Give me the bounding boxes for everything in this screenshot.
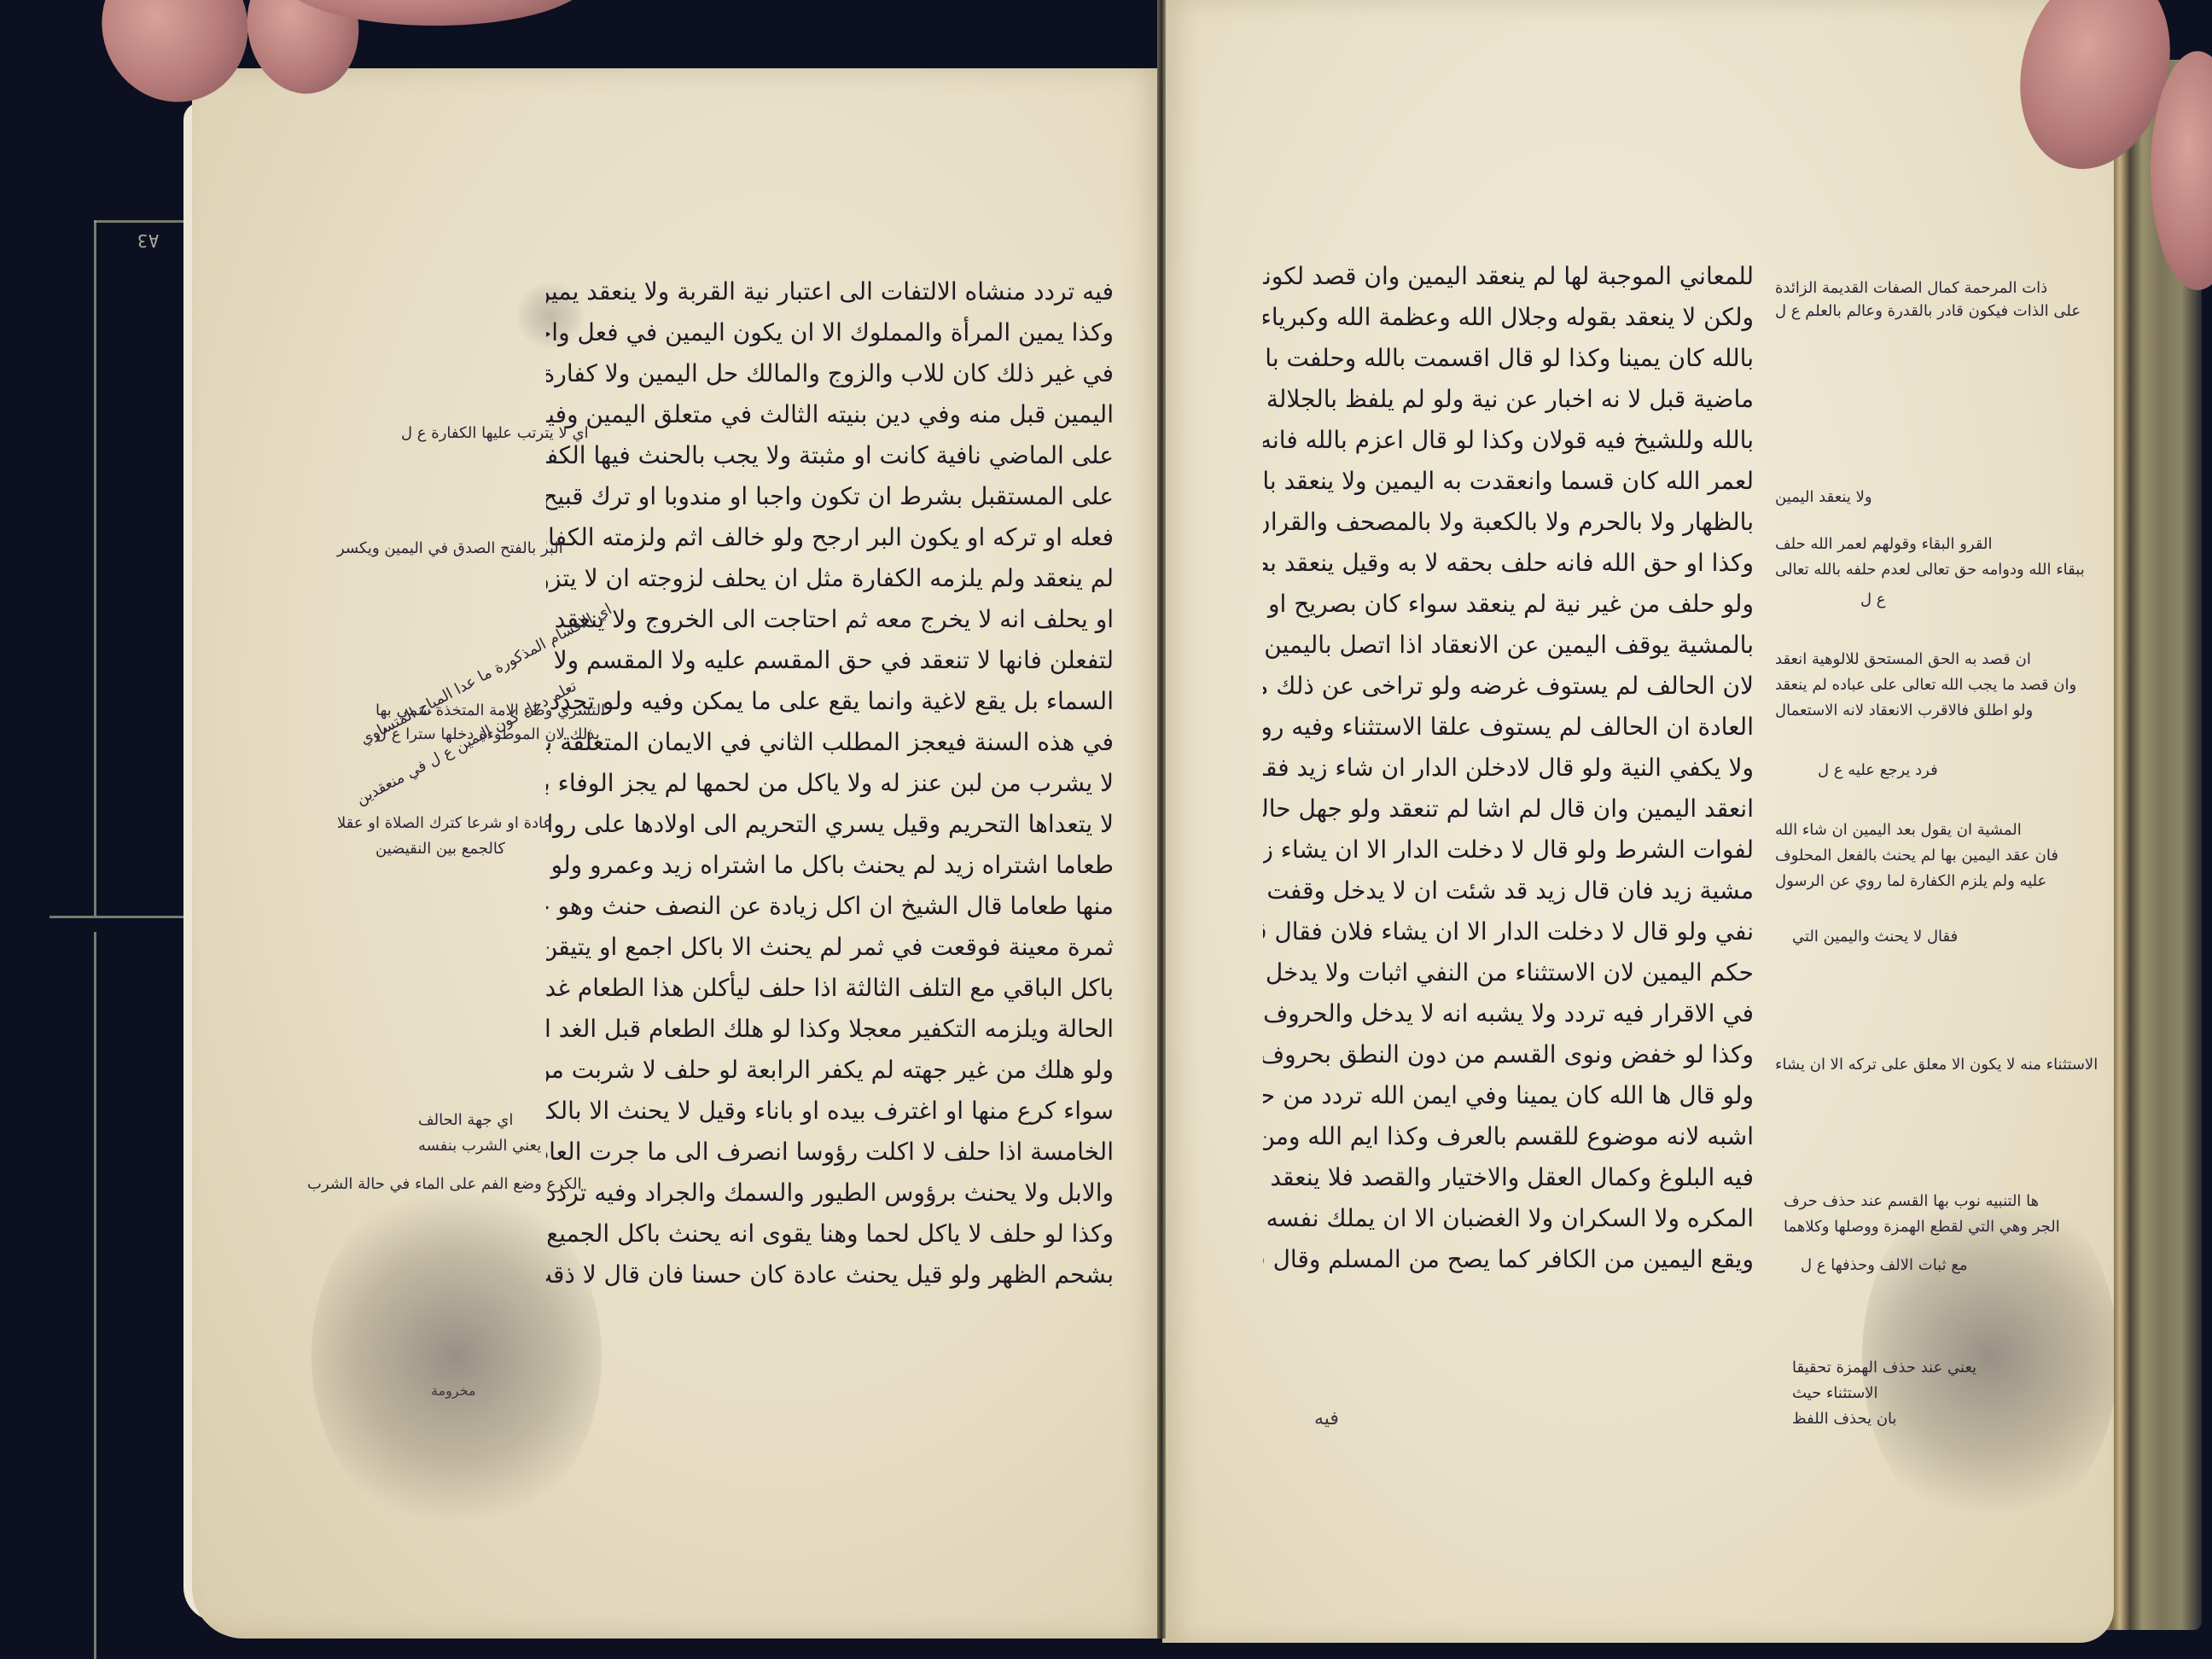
margin-note: الاستثناء منه لا يكون الا معلق على تركه … bbox=[1775, 1054, 2098, 1076]
right-page-main-text: للمعاني الموجبة لها لم ينعقد اليمين وان … bbox=[1263, 256, 1754, 1280]
text-line: وكذا يمين المرأة والمملوك الا ان يكون ال… bbox=[546, 312, 1114, 353]
margin-note: بان يحذف اللفظ bbox=[1792, 1408, 1897, 1430]
text-line: مشية زيد فان قال زيد قد شئت ان لا يدخل و… bbox=[1263, 870, 1754, 911]
text-line: اشبه لانه موضوع للقسم بالعرف وكذا ايم ال… bbox=[1263, 1116, 1754, 1157]
margin-note: ان قصد به الحق المستحق للالوهية انعقد bbox=[1775, 649, 2031, 671]
text-line: ويقع اليمين من الكافر كما يصح من المسلم … bbox=[1263, 1239, 1754, 1280]
catchword: فيه bbox=[1314, 1408, 1339, 1429]
margin-note: فقال لا يحنث واليمين التي bbox=[1792, 926, 1958, 948]
left-page-main-text: فيه تردد منشاه الالتفات الى اعتبار نية ا… bbox=[546, 271, 1114, 1295]
margin-note: الكرع وضع الفم على الماء في حالة الشرب bbox=[307, 1173, 582, 1196]
margin-note: ببقاء الله ودوامه حق تعالى لعدم حلفه بال… bbox=[1775, 559, 2085, 581]
margin-note: القرو البقاء وقولهم لعمر الله حلف bbox=[1775, 533, 1992, 556]
margin-note: فان عقد اليمين بها لم يحنث بالفعل المحلو… bbox=[1775, 845, 2058, 867]
book-gutter bbox=[1157, 0, 1166, 1639]
margin-note: مع ثبات الالف وحذفها ع ل bbox=[1801, 1254, 1968, 1277]
margin-note: المشية ان يقول بعد اليمين ان شاء الله bbox=[1775, 819, 2022, 841]
text-line: على الماضي نافية كانت او مثبتة ولا يجب ب… bbox=[546, 435, 1114, 476]
text-line: ولكن لا ينعقد بقوله وجلال الله وعظمة الل… bbox=[1263, 297, 1754, 338]
board-frame-horizontal-line bbox=[49, 916, 205, 918]
text-line: ماضية قبل لا نه اخبار عن نية ولو لم يلفظ… bbox=[1263, 379, 1754, 420]
text-line: حكم اليمين لان الاستثناء من النفي اثبات … bbox=[1263, 952, 1754, 993]
text-line: السماء بل يقع لاغية وانما يقع على ما يمك… bbox=[546, 681, 1114, 722]
margin-note: الاستثناء حيث bbox=[1792, 1382, 1878, 1405]
text-line: على المستقبل بشرط ان تكون واجبا او مندوب… bbox=[546, 476, 1114, 517]
text-line: ثمرة معينة فوقعت في ثمر لم يحنث الا باكل… bbox=[546, 927, 1114, 968]
margin-note: يعني الشرب بنفسه bbox=[418, 1135, 541, 1157]
text-line: وكذا لو خفض ونوى القسم من دون النطق بحرو… bbox=[1263, 1034, 1754, 1075]
text-line: وكذا لو حلف لا ياكل لحما وهنا يقوى انه ي… bbox=[546, 1214, 1114, 1254]
board-frame-lower-vertical-line bbox=[94, 932, 96, 1659]
margin-note: وان قصد ما يجب الله تعالى على عباده لم ي… bbox=[1775, 674, 2076, 696]
text-line: طعاما اشتراه زيد لم يحنث باكل ما اشتراه … bbox=[546, 845, 1114, 886]
margin-note: بذلك لان الموطوءة دخلها سترا ع ل bbox=[375, 724, 600, 746]
margin-note: فرد يرجع عليه ع ل bbox=[1818, 760, 1938, 782]
margin-note: الجر وهي التي لقطع الهمزة ووصلها وكلاهما bbox=[1784, 1216, 2060, 1238]
text-line: بالظهار ولا بالحرم ولا بالكعبة ولا بالمص… bbox=[1263, 502, 1754, 543]
text-line: المكره ولا السكران ولا الغضبان الا ان يم… bbox=[1263, 1198, 1754, 1239]
text-line: الخامسة اذا حلف لا اكلت رؤوسا انصرف الى … bbox=[546, 1132, 1114, 1173]
text-line: في هذه السنة فيعجز المطلب الثاني في الاي… bbox=[546, 722, 1114, 763]
page-stack-edge bbox=[2099, 60, 2202, 1630]
margin-note: اي جهة الحالف bbox=[418, 1109, 513, 1132]
text-line: لم ينعقد ولم يلزمه الكفارة مثل ان يحلف ل… bbox=[546, 558, 1114, 599]
frame-label: A3 bbox=[137, 230, 159, 251]
text-line: فيه تردد منشاه الالتفات الى اعتبار نية ا… bbox=[546, 271, 1114, 312]
text-line: والابل ولا يحنث برؤوس الطيور والسمك والج… bbox=[546, 1173, 1114, 1214]
margin-note: ع ل bbox=[1860, 589, 1886, 611]
text-line: نفي ولو قال لا دخلت الدار الا ان يشاء فل… bbox=[1263, 911, 1754, 952]
text-line: فعله او تركه او يكون البر ارجح ولو خالف … bbox=[546, 517, 1114, 558]
text-line: لفوات الشرط ولو قال لا دخلت الدار الا ان… bbox=[1263, 829, 1754, 870]
margin-note: يعني عند حذف الهمزة تحقيقا bbox=[1792, 1357, 1976, 1379]
text-line: اليمين قبل منه وفي دين بنيته الثالث في م… bbox=[546, 394, 1114, 435]
text-line: بالمشية يوقف اليمين عن الانعقاد اذا اتصل… bbox=[1263, 625, 1754, 666]
text-line: انعقد اليمين وان قال لم اشا لم تنعقد ولو… bbox=[1263, 789, 1754, 829]
margin-note: ها التنبيه نوب بها القسم عند حذف حرف bbox=[1784, 1190, 2039, 1213]
text-line: لعمر الله كان قسما وانعقدت به اليمين ولا… bbox=[1263, 461, 1754, 502]
margin-note: البر بالفتح الصدق في اليمين ويكسر bbox=[337, 538, 563, 560]
margin-note: كالجمع بين النقيضين bbox=[375, 838, 505, 860]
text-line: ولا يكفي النية ولو قال لادخلن الدار ان ش… bbox=[1263, 748, 1754, 789]
text-line: لا يتعداها التحريم وقيل يسري التحريم الى… bbox=[546, 804, 1114, 845]
margin-note: ذات المرحمة كمال الصفات القديمة الزائدة bbox=[1775, 277, 2047, 300]
text-line: بالله كان يمينا وكذا لو قال اقسمت بالله … bbox=[1263, 338, 1754, 379]
text-line: منها طعاما قال الشيخ ان اكل زيادة عن الن… bbox=[546, 886, 1114, 927]
text-line: بشحم الظهر ولو قيل يحنث عادة كان حسنا فا… bbox=[546, 1254, 1114, 1295]
margin-note: عليه ولم يلزم الكفارة لما روي عن الرسول bbox=[1775, 870, 2046, 893]
text-line: في الاقرار فيه تردد ولا يشبه انه لا يدخل… bbox=[1263, 993, 1754, 1034]
text-line: لتفعلن فانها لا تنعقد في حق المقسم عليه … bbox=[546, 640, 1114, 681]
text-line: فيه البلوغ وكمال العقل والاختيار والقصد … bbox=[1263, 1157, 1754, 1198]
margin-note: ولو اطلق فالاقرب الانعقاد لانه الاستعمال bbox=[1775, 700, 2033, 722]
board-frame-vertical-line bbox=[94, 220, 96, 916]
margin-note: على الذات فيكون قادر بالقدرة وعالم بالعل… bbox=[1775, 300, 2081, 323]
text-line: لا يشرب من لبن عنز له ولا ياكل من لحمها … bbox=[546, 763, 1114, 804]
text-line: بالله وللشيخ فيه قولان وكذا لو قال اعزم … bbox=[1263, 420, 1754, 461]
text-line: سواء كرع منها او اغترف بيده او باناء وقي… bbox=[546, 1091, 1114, 1132]
text-line: للمعاني الموجبة لها لم ينعقد اليمين وان … bbox=[1263, 256, 1754, 297]
margin-note: التسري وطء الامة المتخذة سمي بها bbox=[375, 700, 605, 722]
text-line: ولو قال ها الله كان يمينا وفي ايمن الله … bbox=[1263, 1075, 1754, 1116]
text-line: لان الحالف لم يستوف غرضه ولو تراخى عن ذل… bbox=[1263, 666, 1754, 707]
text-line: الحالة ويلزمه التكفير معجلا وكذا لو هلك … bbox=[546, 1009, 1114, 1050]
text-line: وكذا او حق الله فانه حلف بحقه لا به وقيل… bbox=[1263, 543, 1754, 584]
text-line: باكل الباقي مع التلف الثالثة اذا حلف ليأ… bbox=[546, 968, 1114, 1009]
text-line: ولو حلف من غير نية لم ينعقد سواء كان بصر… bbox=[1263, 584, 1754, 625]
margin-note: ولا ينعقد اليمين bbox=[1775, 486, 1872, 509]
margin-note: اي لا يترتب عليها الكفارة ع ل bbox=[401, 422, 589, 445]
corner-residue-text: مخرومة bbox=[431, 1382, 476, 1399]
text-line: العادة ان الحالف لم يستوف علقا الاستثناء… bbox=[1263, 707, 1754, 748]
text-line: ولو هلك من غير جهته لم يكفر الرابعة لو ح… bbox=[546, 1050, 1114, 1091]
text-line: في غير ذلك كان للاب والزوج والمالك حل ال… bbox=[546, 353, 1114, 394]
text-line: او يحلف انه لا يخرج معه ثم احتاجت الى ال… bbox=[546, 599, 1114, 640]
margin-note: عادة او شرعا كترك الصلاة او عقلا bbox=[337, 812, 552, 835]
